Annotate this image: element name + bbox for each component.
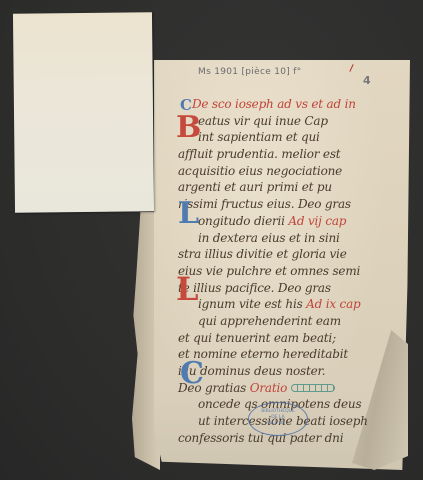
- library-stamp: BIBLIOTHÈQUE DE LA VILLE DE ...: [248, 402, 308, 436]
- stamp-line: VILLE DE ...: [249, 421, 307, 427]
- text-line: qui apprehenderint eam: [178, 313, 393, 330]
- initial-l-red: L: [176, 270, 199, 308]
- rubric-span: Ad ix cap: [306, 297, 360, 311]
- text-line: affluit prudentia. melior est: [178, 146, 393, 163]
- chain-ornament-icon: [291, 384, 335, 392]
- text-line: illu dominus deus noster.: [178, 363, 393, 380]
- text-line: in dextera eius et in sini: [178, 230, 393, 247]
- text-span: ignum vite est his: [198, 297, 303, 311]
- folio-number: 4: [363, 74, 371, 87]
- manuscript-text: De sco ioseph ad vs et ad in eatus vir q…: [178, 96, 393, 446]
- text-line: ongitudo dierii Ad vij cap: [178, 213, 393, 230]
- text-line: De sco ioseph ad vs et ad in: [178, 96, 393, 113]
- text-line: te illius pacifice. Deo gras: [178, 280, 393, 297]
- initial-b-red: B: [176, 110, 201, 145]
- text-line: argenti et auri primi et pu: [178, 179, 393, 196]
- rubric-span: Oratio: [250, 381, 287, 395]
- text-line: acquisitio eius negociatione: [178, 163, 393, 180]
- text-line: eius vie pulchre et omnes semi: [178, 263, 393, 280]
- text-line: et nomine eterno hereditabit: [178, 346, 393, 363]
- text-line: eatus vir qui inue Cap: [178, 113, 393, 130]
- text-line: int sapientiam et qui: [178, 129, 393, 146]
- text-line: stra illius divitie et gloria vie: [178, 246, 393, 263]
- paper-slip: [13, 12, 154, 212]
- text-line: Deo gratias Oratio: [178, 380, 393, 397]
- text-line: ignum vite est his Ad ix cap: [178, 296, 393, 313]
- initial-l-blue: L: [178, 196, 199, 231]
- text-span: ongitudo dierii: [198, 214, 285, 228]
- shelfmark-annotation: Ms 1901 [pièce 10] f°: [198, 67, 301, 77]
- text-line: et qui tenuerint eam beati;: [178, 330, 393, 347]
- text-line: rissimi fructus eius. Deo gras: [178, 196, 393, 213]
- rubric-span: Ad vij cap: [288, 214, 346, 228]
- initial-c-blue-large: C: [180, 356, 204, 391]
